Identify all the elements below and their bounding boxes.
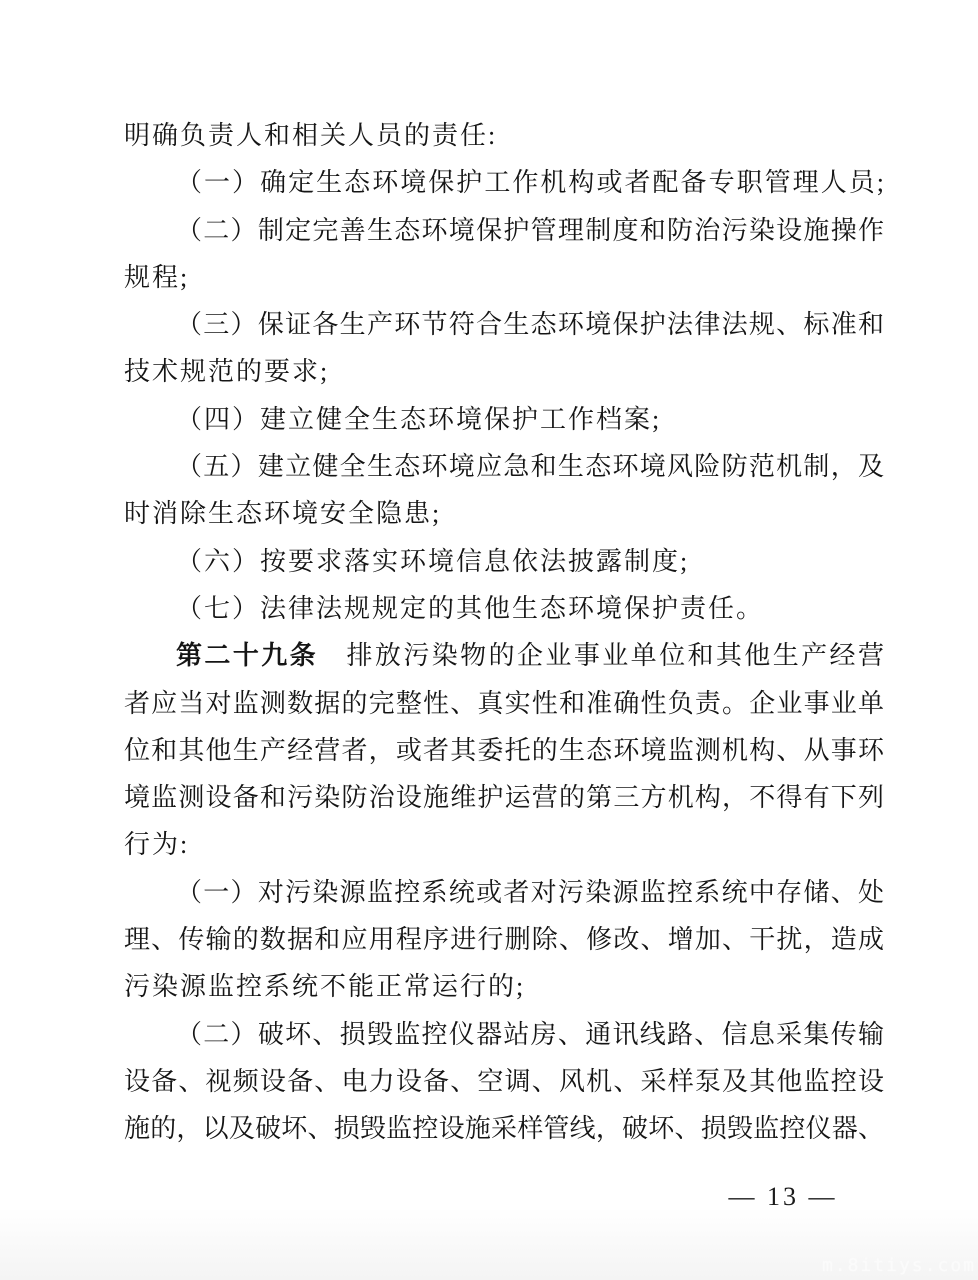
text-line: （七）法律法规规定的其他生态环境保护责任。: [124, 585, 884, 632]
text-line: 污染源监控系统不能正常运行的;: [124, 963, 884, 1010]
text-line: （三）保证各生产环节符合生态环境保护法律法规、标准和: [124, 301, 884, 348]
document-lines: 明确负责人和相关人员的责任:（一）确定生态环境保护工作机构或者配备专职管理人员;…: [124, 112, 884, 1153]
text-line: 第二十九条 排放污染物的企业事业单位和其他生产经营: [124, 632, 884, 679]
text-line: （六）按要求落实环境信息依法披露制度;: [124, 538, 884, 585]
page-number: — 13 —: [678, 1180, 888, 1214]
text-line: 设备、视频设备、电力设备、空调、风机、采样泵及其他监控设: [124, 1058, 884, 1105]
text-line: 理、传输的数据和应用程序进行删除、修改、增加、干扰，造成: [124, 916, 884, 963]
text-line: （二）制定完善生态环境保护管理制度和防治污染设施操作: [124, 207, 884, 254]
text-line: 境监测设备和污染防治设施维护运营的第三方机构，不得有下列: [124, 774, 884, 821]
text-line: 位和其他生产经营者，或者其委托的生态环境监测机构、从事环: [124, 727, 884, 774]
text-line: （四）建立健全生态环境保护工作档案;: [124, 396, 884, 443]
text-line: 行为:: [124, 821, 884, 868]
text-line: 明确负责人和相关人员的责任:: [124, 112, 884, 159]
line-text: 排放污染物的企业事业单位和其他生产经营: [318, 641, 884, 670]
text-line: 者应当对监测数据的完整性、真实性和准确性负责。企业事业单: [124, 680, 884, 727]
document-page: 明确负责人和相关人员的责任:（一）确定生态环境保护工作机构或者配备专职管理人员;…: [0, 0, 978, 1280]
text-line: 施的，以及破坏、损毁监控设施采样管线，破坏、损毁监控仪器、: [124, 1105, 884, 1152]
text-line: （二）破坏、损毁监控仪器站房、通讯线路、信息采集传输: [124, 1011, 884, 1058]
text-line: 时消除生态环境安全隐患;: [124, 490, 884, 537]
article-heading: 第二十九条: [176, 641, 318, 670]
watermark-text: m.8itiys.com: [822, 1255, 976, 1276]
text-line: 技术规范的要求;: [124, 348, 884, 395]
text-line: （五）建立健全生态环境应急和生态环境风险防范机制，及: [124, 443, 884, 490]
text-line: 规程;: [124, 254, 884, 301]
text-line: （一）确定生态环境保护工作机构或者配备专职管理人员;: [124, 159, 884, 206]
text-line: （一）对污染源监控系统或者对污染源监控系统中存储、处: [124, 869, 884, 916]
